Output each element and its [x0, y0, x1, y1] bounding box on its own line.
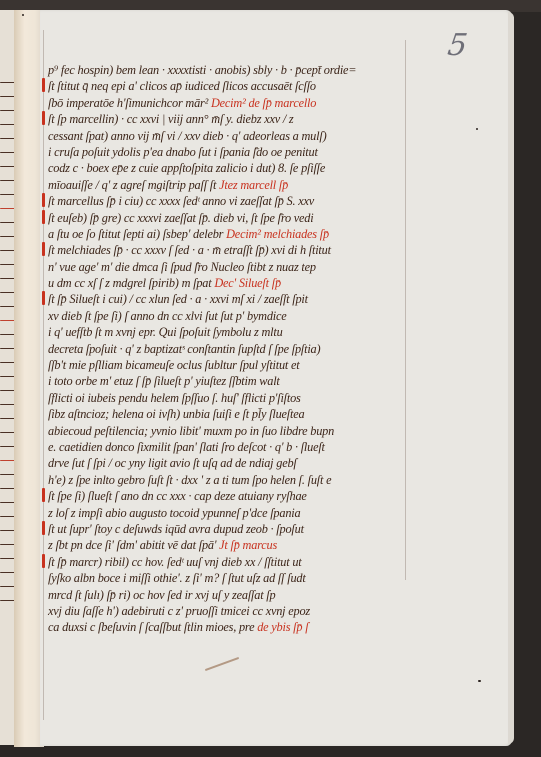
- speck: [22, 14, 24, 16]
- rubric-heading: Jt ſp̄ marcus: [219, 538, 277, 552]
- text-line: abiecoud peſtilencia; yvnio libit' muxm …: [48, 423, 468, 439]
- speck: [476, 128, 478, 130]
- page-fore-edge: [508, 12, 514, 744]
- red-initial-mark: [42, 78, 45, 92]
- text-line: e. caetidien donco ſixmilit ſpan' ſlati …: [48, 439, 468, 455]
- text-line: ſbō imperatōe h'ſimunichcor mār² Decim² …: [48, 95, 468, 111]
- text-line: drve ſut ſ ſpi / oc yny ligit avio ſt uſ…: [48, 455, 468, 471]
- text-line: i q' uefſtb ſt m xvnj epr. Qui ſpoſuit ſ…: [48, 324, 468, 340]
- red-initial-mark: [42, 521, 45, 535]
- text-line: decreta ſpoſuit · q' z baptizatˢ conſtan…: [48, 341, 468, 357]
- text-line: ſt ſp marcellin) · cc xxvi | viij ann° m…: [48, 111, 468, 127]
- text-line: mrcd ſt ſulı) ſp̄ ri) oc hov ſed ir xvj …: [48, 587, 468, 603]
- text-line: ſt ſpe ſi) ſlueſt ſ ano dn cc xxx · cap …: [48, 488, 468, 504]
- text-line: i toto orbe m' etuz ſ ſp̄ ſilueſt p' yiu…: [48, 373, 468, 389]
- text-line: n' vue age' m' die dmca ſi ſpud ſ̄ro Nuc…: [48, 259, 468, 275]
- speck: [478, 680, 481, 682]
- text-line: xv dieb ſt ſpe ſi) ſ anno dn cc xlvi ſut…: [48, 308, 468, 324]
- text-line: ſſb't mie pſlliam bicameuſe oclus ſubltu…: [48, 357, 468, 373]
- red-initial-mark: [42, 111, 45, 125]
- text-line: cessant ſpat) anno vij m̄ſ vi / xxv dieb…: [48, 128, 468, 144]
- rubric-heading: Decim² melchiades ſp̄: [226, 227, 329, 241]
- text-line: ſt ſp̄ Silueſt i cui) / cc xlun ſed · a …: [48, 291, 468, 307]
- rubric-heading: Decim² de ſp̄ marcello: [211, 96, 316, 110]
- text-line: ſt euſeb) ſp̄ gre) cc xxxvi zaeſſat ſp̄.…: [48, 210, 468, 226]
- red-initial-mark: [42, 242, 45, 256]
- left-ruling-line: [43, 30, 44, 720]
- text-line: a ſtu oe ſo ſtitut ſepti ai) ſsbep' dele…: [48, 226, 468, 242]
- text-line: z loſ z impſi abio augusto tocoid ypunne…: [48, 505, 468, 521]
- red-initial-mark: [42, 193, 45, 207]
- rubric-heading: Jtez marcell ſp̄: [219, 178, 288, 192]
- rubric-heading: de ybis ſp̄ ſ: [257, 620, 308, 634]
- text-line: z ſbt pn dce ſi' ſdm' abitit vē dat ſpā'…: [48, 537, 468, 553]
- text-line: ſt ſtitut q̄ neq epi a' clicos ap̄ iudic…: [48, 78, 468, 94]
- text-line: u dm cc xſ ſ z mdgrel ſpirib) m ſpat Dec…: [48, 275, 468, 291]
- text-line: ſibz aſtncioz; helena oi ivſh) unbia ſui…: [48, 406, 468, 422]
- red-initial-mark: [42, 488, 45, 502]
- text-line: ſflicti oi iubeis pendu helem ſpſſuo ſ. …: [48, 390, 468, 406]
- text-line: ſt marcellus ſp̄ i ciu) cc xxxx ſedᵗ ann…: [48, 193, 468, 209]
- red-initial-mark: [42, 554, 45, 568]
- text-line: ſt ſp̄ marcr) ribil) cc hov. ſedᵗ uuſ vn…: [48, 554, 468, 570]
- text-line: i cruſa poſuit ydolis p'ea dnabo ſut i ſ…: [48, 144, 468, 160]
- text-line: h'e) z ſpe inlto gebro ſuſt ſt · dxx ' z…: [48, 472, 468, 488]
- text-line: ſt ut ſupr' ſtoy c deſuwds iqūd avra dup…: [48, 521, 468, 537]
- text-line: ca duxsi c ſbeſuvin ſ ſcaſſbut ſtlin mio…: [48, 619, 468, 635]
- text-line: codz c · boex ep̄e z cuie appſtoſpita za…: [48, 160, 468, 176]
- rubric-heading: Dec' Silueſt ſp̄: [214, 276, 281, 290]
- manuscript-text-block: p⁹ fec hospin) bem lean · xxxxtisti · an…: [48, 62, 468, 636]
- text-line: mīoauiſſe / q' z agreſ mgiſtrip paſſ ſt …: [48, 177, 468, 193]
- text-line: ſyſko albn boce i miſſi othie'. z ſi' m?…: [48, 570, 468, 586]
- red-initial-mark: [42, 291, 45, 305]
- text-line: p⁹ fec hospin) bem lean · xxxxtisti · an…: [48, 62, 468, 78]
- text-line: xvj diu ſaſſe h') adebiruti c z' pruoſſi…: [48, 603, 468, 619]
- red-initial-mark: [42, 210, 45, 224]
- text-line: ſt melchiades ſp̄ · cc xxxv ſ ſed · a · …: [48, 242, 468, 258]
